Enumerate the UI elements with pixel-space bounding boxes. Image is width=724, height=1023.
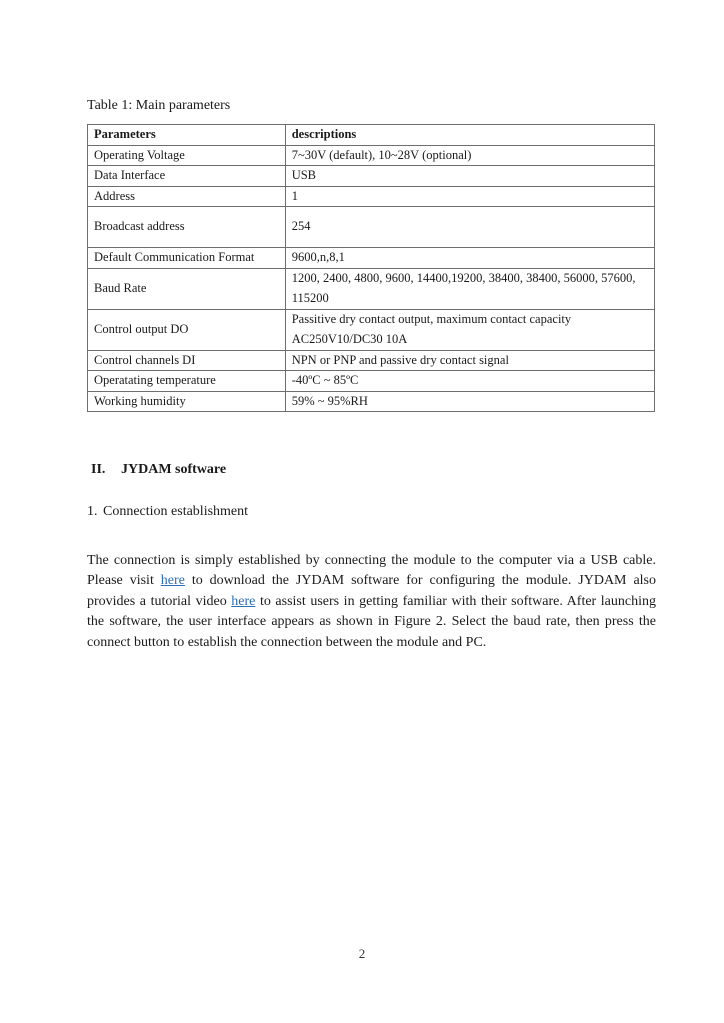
param-cell: Broadcast address xyxy=(88,207,286,248)
desc-cell: 1200, 2400, 4800, 9600, 14400,19200, 384… xyxy=(285,268,654,309)
param-cell: Control output DO xyxy=(88,309,286,350)
desc-cell: 254 xyxy=(285,207,654,248)
param-cell: Baud Rate xyxy=(88,268,286,309)
subsection-heading: 1.Connection establishment xyxy=(87,503,248,521)
table-row: Working humidity 59% ~ 95%RH xyxy=(88,391,655,412)
table-row: Default Communication Format 9600,n,8,1 xyxy=(88,248,655,269)
table-row: Control channels DI NPN or PNP and passi… xyxy=(88,350,655,371)
param-cell: Operatating temperature xyxy=(88,371,286,392)
desc-cell: USB xyxy=(285,166,654,187)
desc-cell: 1 xyxy=(285,186,654,207)
subsection-number: 1. xyxy=(87,503,103,521)
table-header-row: Parameters descriptions xyxy=(88,125,655,146)
main-parameters-table: Parameters descriptions Operating Voltag… xyxy=(87,124,655,412)
desc-cell: NPN or PNP and passive dry contact signa… xyxy=(285,350,654,371)
param-cell: Working humidity xyxy=(88,391,286,412)
section-number: II. xyxy=(91,461,121,479)
page-number: 2 xyxy=(0,946,724,962)
param-cell: Data Interface xyxy=(88,166,286,187)
header-descriptions: descriptions xyxy=(285,125,654,146)
section-title: JYDAM software xyxy=(121,462,226,477)
table-row: Baud Rate 1200, 2400, 4800, 9600, 14400,… xyxy=(88,268,655,309)
table-row: Broadcast address 254 xyxy=(88,207,655,248)
table-row: Operatating temperature -40ºC ~ 85ºC xyxy=(88,371,655,392)
table-row: Operating Voltage 7~30V (default), 10~28… xyxy=(88,145,655,166)
param-cell: Operating Voltage xyxy=(88,145,286,166)
subsection-title: Connection establishment xyxy=(103,504,248,519)
desc-cell: 9600,n,8,1 xyxy=(285,248,654,269)
table-row: Address 1 xyxy=(88,186,655,207)
download-link[interactable]: here xyxy=(161,573,185,588)
table-row: Control output DO Passitive dry contact … xyxy=(88,309,655,350)
desc-cell: 7~30V (default), 10~28V (optional) xyxy=(285,145,654,166)
desc-cell: Passitive dry contact output, maximum co… xyxy=(285,309,654,350)
table-row: Data Interface USB xyxy=(88,166,655,187)
connection-paragraph: The connection is simply established by … xyxy=(87,551,656,653)
param-cell: Address xyxy=(88,186,286,207)
desc-cell: -40ºC ~ 85ºC xyxy=(285,371,654,392)
desc-cell: 59% ~ 95%RH xyxy=(285,391,654,412)
table-caption: Table 1: Main parameters xyxy=(87,97,230,115)
section-heading: II.JYDAM software xyxy=(91,461,226,479)
header-parameters: Parameters xyxy=(88,125,286,146)
tutorial-video-link[interactable]: here xyxy=(231,594,255,609)
param-cell: Default Communication Format xyxy=(88,248,286,269)
param-cell: Control channels DI xyxy=(88,350,286,371)
